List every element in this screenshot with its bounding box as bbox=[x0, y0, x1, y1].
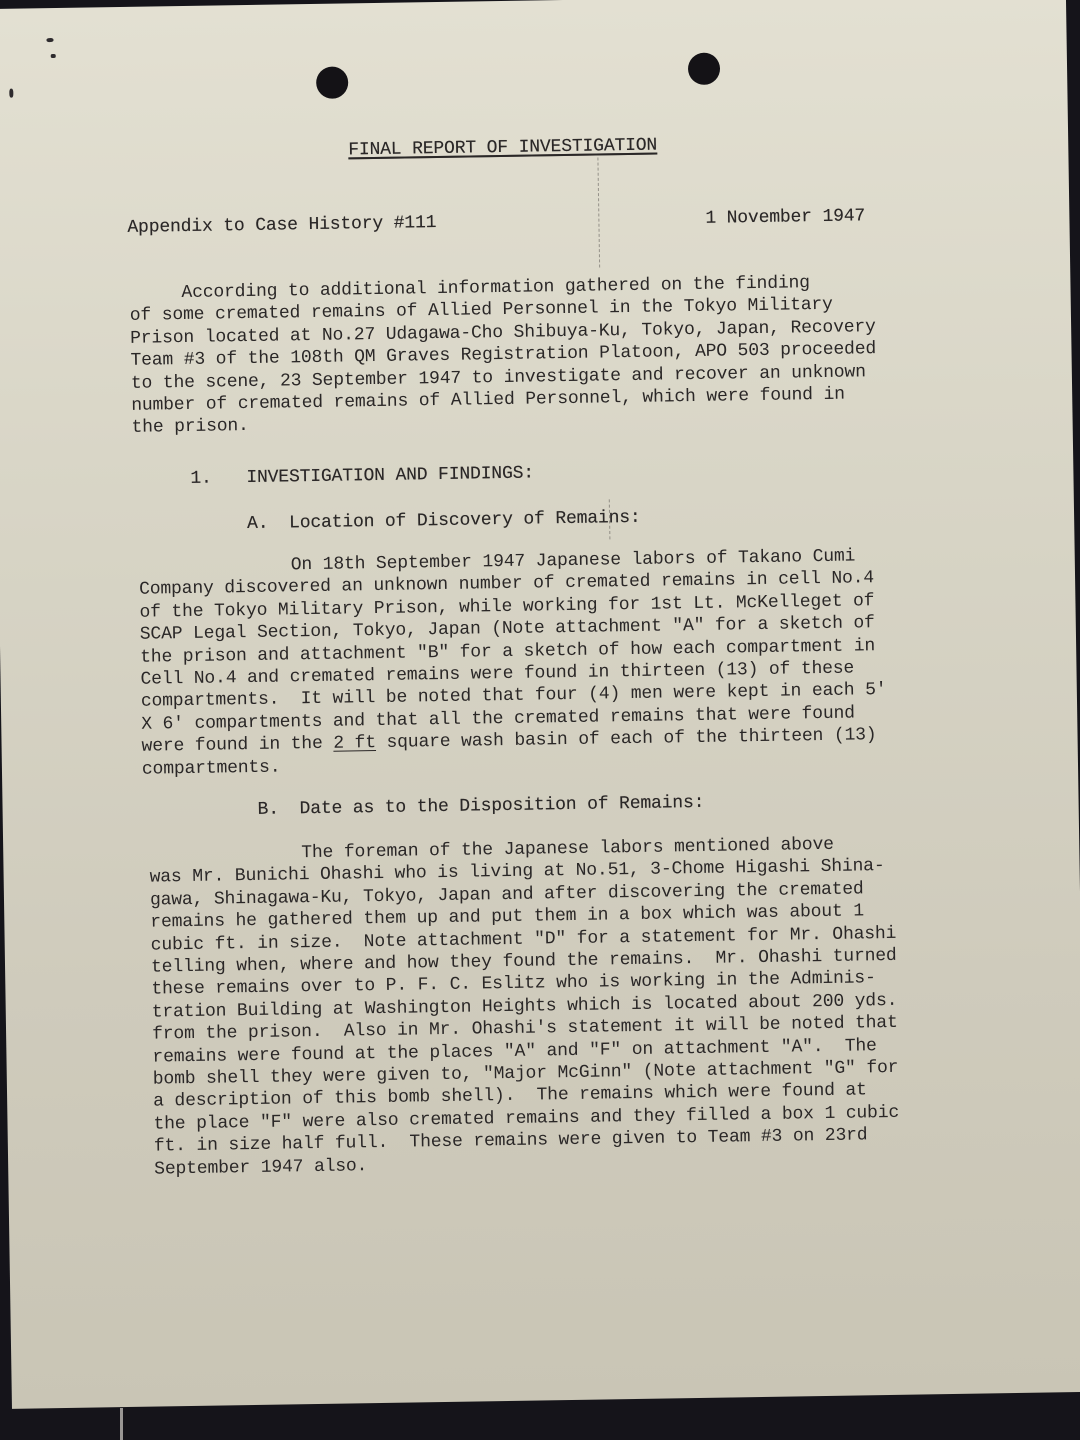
subsection-letter: B. bbox=[257, 799, 279, 821]
intro-paragraph: According to additional information gath… bbox=[129, 271, 877, 440]
location-paragraph: On 18th September 1947 Japanese labors o… bbox=[139, 545, 888, 781]
subsection-letter: A. bbox=[247, 513, 269, 535]
document-title: FINAL REPORT OF INVESTIGATION bbox=[348, 135, 657, 162]
document-page: FINAL REPORT OF INVESTIGATION Appendix t… bbox=[0, 0, 1080, 1409]
line-text: were found in the bbox=[141, 734, 333, 757]
subsection-heading: Date as to the Disposition of Remains: bbox=[299, 792, 704, 820]
section-heading: INVESTIGATION AND FINDINGS: bbox=[246, 463, 534, 490]
underlined-measure: 2 ft bbox=[333, 733, 376, 754]
appendix-label: Appendix to Case History #111 bbox=[127, 212, 436, 239]
background-mark bbox=[120, 1408, 123, 1440]
disposition-paragraph: The foreman of the Japanese labors menti… bbox=[149, 833, 900, 1181]
typed-document: FINAL REPORT OF INVESTIGATION Appendix t… bbox=[0, 0, 1080, 1409]
document-date: 1 November 1947 bbox=[705, 205, 865, 230]
subsection-heading: Location of Discovery of Remains: bbox=[289, 507, 641, 535]
section-number: 1. bbox=[190, 468, 212, 490]
